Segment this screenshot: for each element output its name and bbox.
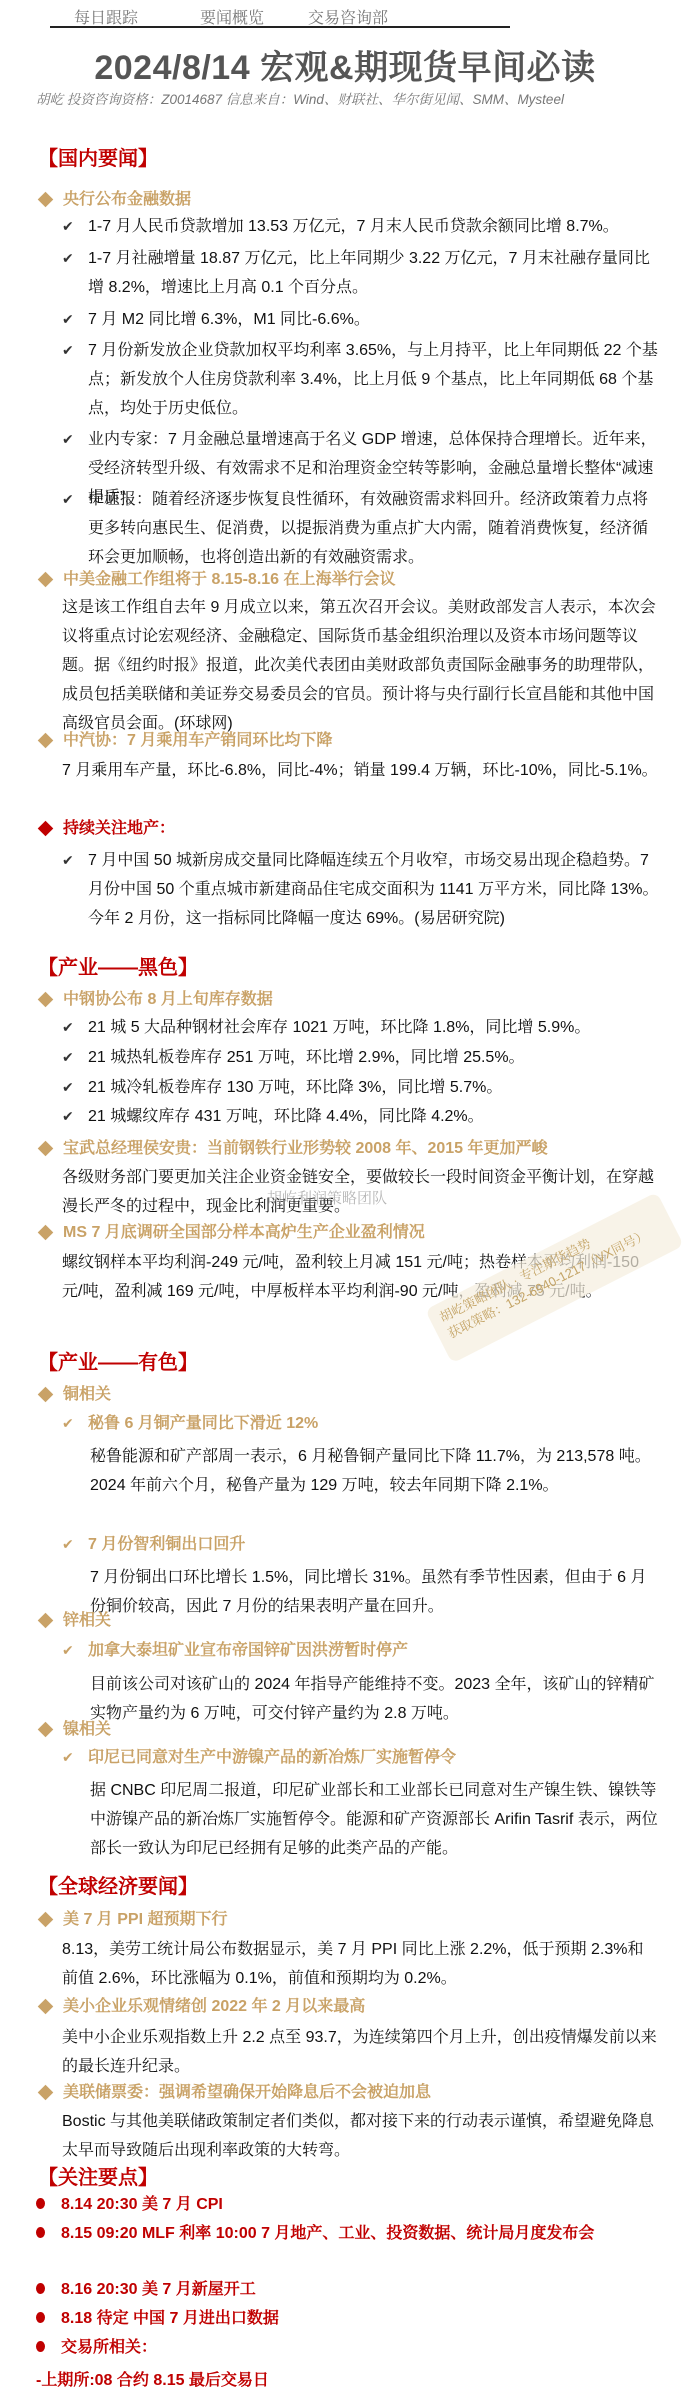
focus-item: 8.16 20:30 美 7 月新屋开工: [36, 2276, 666, 2304]
heading-fed: 美联储票委：强调希望确保开始降息后不会被迫加息: [36, 2079, 431, 2102]
subheading-titan: ✔ 加拿大泰坦矿业宣布帝国锌矿因洪涝暂时停产: [62, 1636, 662, 1665]
focus-item: 8.18 待定 中国 7 月进出口数据: [36, 2305, 666, 2333]
check-icon: ✔: [62, 305, 74, 334]
check-icon: ✔: [62, 1636, 74, 1665]
nav-daily-tracking[interactable]: 每日跟踪: [74, 5, 138, 28]
subheading-chile: ✔ 7 月份智利铜出口回升: [62, 1530, 662, 1559]
heading-baowu: 宝武总经理侯安贵：当前钢铁行业形势较 2008 年、2015 年更加严峻: [36, 1135, 548, 1158]
section-focus-title: 【关注要点】: [38, 2161, 158, 2190]
section-ferrous-title: 【产业——黑色】: [38, 951, 198, 980]
heading-ppi: 美 7 月 PPI 超预期下行: [36, 1906, 227, 1929]
heading-ms: MS 7 月底调研全国部分样本高炉生产企业盈利情况: [36, 1219, 425, 1242]
page-title: 2024/8/14 宏观&期现货早间必读: [0, 40, 690, 89]
diamond-bullet-icon: [38, 820, 54, 836]
focus-item: 8.14 20:30 美 7 月 CPI: [36, 2191, 666, 2219]
nav-trading-consulting[interactable]: 交易咨询部: [308, 5, 388, 28]
list-item: ✔ 21 城热轧板卷库存 251 万吨，环比增 2.9%，同比增 25.5%。: [62, 1043, 662, 1072]
check-icon: ✔: [62, 1013, 74, 1042]
exchange-note: -上期所:08 合约 8.15 最后交易日: [36, 2367, 269, 2390]
paragraph-zinc: 目前该公司对该矿山的 2024 年指导产能维持不变。2023 全年，该矿山的锌精…: [90, 1670, 660, 1728]
byline: 胡屹 投资咨询资格：Z0014687 信息来自：Wind、财联社、华尔街见闻、S…: [36, 88, 564, 108]
focus-item: 交易所相关：: [36, 2334, 666, 2362]
check-icon: ✔: [62, 1409, 74, 1438]
nav-news-overview[interactable]: 要闻概览: [200, 5, 264, 28]
section-nonferrous-title: 【产业——有色】: [38, 1346, 198, 1375]
paragraph-ppi: 8.13，美劳工统计局公布数据显示，美 7 月 PPI 同比上涨 2.2%，低于…: [62, 1935, 658, 1993]
diamond-bullet-icon: [38, 2084, 54, 2100]
list-item: ✔ 7 月份新发放企业贷款加权平均利率 3.65%，与上月持平，比上年同期低 2…: [62, 336, 662, 423]
heading-zinc: 锌相关: [36, 1607, 111, 1630]
bullet-dot-icon: [36, 2312, 45, 2323]
list-item: ✔ 1-7 月社融增量 18.87 万亿元，比上年同期少 3.22 万亿元，7 …: [62, 244, 662, 302]
diamond-bullet-icon: [38, 1386, 54, 1402]
top-nav: 每日跟踪 要闻概览 交易咨询部: [50, 4, 510, 28]
check-icon: ✔: [62, 336, 74, 365]
check-icon: ✔: [62, 212, 74, 241]
list-item: ✔ 7 月 M2 同比增 6.3%，M1 同比-6.6%。: [62, 305, 662, 334]
diamond-bullet-icon: [38, 1998, 54, 2014]
subheading-peru: ✔ 秘鲁 6 月铜产量同比下滑近 12%: [62, 1409, 662, 1438]
heading-nickel: 镍相关: [36, 1716, 111, 1739]
bullet-dot-icon: [36, 2283, 45, 2294]
diamond-bullet-icon: [38, 1224, 54, 1240]
paragraph-chile: 7 月份铜出口环比增长 1.5%，同比增长 31%。虽然有季节性因素，但由于 6…: [90, 1563, 660, 1621]
list-item: ✔ 21 城 5 大品种钢材社会库存 1021 万吨，环比降 1.8%，同比增 …: [62, 1013, 662, 1042]
diamond-bullet-icon: [38, 732, 54, 748]
heading-copper: 铜相关: [36, 1381, 111, 1404]
paragraph-nfib: 美中小企业乐观指数上升 2.2 点至 93.7，为连续第四个月上升，创出疫情爆发…: [62, 2023, 658, 2081]
section-global-title: 【全球经济要闻】: [38, 1870, 198, 1899]
heading-property: 持续关注地产：: [36, 815, 175, 838]
list-item: ✔ 7 月中国 50 城新房成交量同比降幅连续五个月收窄，市场交易出现企稳趋势。…: [62, 846, 662, 933]
focus-item: 8.15 09:20 MLF 利率 10:00 7 月地产、工业、投资数据、统计…: [36, 2220, 666, 2248]
bullet-dot-icon: [36, 2198, 45, 2209]
weibo-watermark: 胡屹利润策略团队: [267, 1187, 387, 1208]
diamond-bullet-icon: [38, 1911, 54, 1927]
section-domestic-title: 【国内要闻】: [38, 142, 158, 171]
bullet-dot-icon: [36, 2227, 45, 2238]
check-icon: ✔: [62, 1073, 74, 1102]
diamond-bullet-icon: [38, 571, 54, 587]
paragraph-peru: 秘鲁能源和矿产部周一表示，6 月秘鲁铜产量同比下降 11.7%，为 213,57…: [90, 1442, 660, 1500]
list-item: ✔ 中证报：随着经济逐步恢复良性循环，有效融资需求料回升。经济政策着力点将更多转…: [62, 485, 662, 572]
heading-pboc: 央行公布金融数据: [36, 186, 191, 209]
check-icon: ✔: [62, 1530, 74, 1559]
check-icon: ✔: [62, 1102, 74, 1131]
diamond-bullet-icon: [38, 1721, 54, 1737]
bullet-dot-icon: [36, 2341, 45, 2352]
check-icon: ✔: [62, 1043, 74, 1072]
diamond-bullet-icon: [38, 1140, 54, 1156]
heading-caam: 中汽协：7 月乘用车产销同环比均下降: [36, 727, 332, 750]
heading-nfib: 美小企业乐观情绪创 2022 年 2 月以来最高: [36, 1993, 365, 2016]
check-icon: ✔: [62, 846, 74, 875]
check-icon: ✔: [62, 1743, 74, 1772]
check-icon: ✔: [62, 485, 74, 514]
diamond-bullet-icon: [38, 1612, 54, 1628]
list-item: ✔ 1-7 月人民币贷款增加 13.53 万亿元，7 月末人民币贷款余额同比增 …: [62, 212, 662, 241]
heading-cisa: 中钢协公布 8 月上旬库存数据: [36, 986, 273, 1009]
paragraph-sino-us: 这是该工作组自去年 9 月成立以来，第五次召开会议。美财政部发言人表示，本次会议…: [62, 593, 658, 738]
diamond-bullet-icon: [38, 991, 54, 1007]
subheading-indonesia: ✔ 印尼已同意对生产中游镍产品的新冶炼厂实施暂停令: [62, 1743, 662, 1772]
list-item: ✔ 21 城螺纹库存 431 万吨，环比降 4.4%，同比降 4.2%。: [62, 1102, 662, 1131]
list-item: ✔ 21 城冷轧板卷库存 130 万吨，环比降 3%，同比增 5.7%。: [62, 1073, 662, 1102]
check-icon: ✔: [62, 244, 74, 273]
paragraph-nickel: 据 CNBC 印尼周二报道，印尼矿业部长和工业部长已同意对生产镍生铁、镍铁等中游…: [90, 1776, 660, 1863]
paragraph-caam: 7 月乘用车产量，环比-6.8%，同比-4%；销量 199.4 万辆，环比-10…: [62, 756, 658, 785]
check-icon: ✔: [62, 425, 74, 454]
paragraph-fed: Bostic 与其他美联储政策制定者们类似，都对接下来的行动表示谨慎，希望避免降…: [62, 2107, 658, 2165]
heading-sino-us: 中美金融工作组将于 8.15-8.16 在上海举行会议: [36, 566, 396, 589]
diamond-bullet-icon: [38, 191, 54, 207]
